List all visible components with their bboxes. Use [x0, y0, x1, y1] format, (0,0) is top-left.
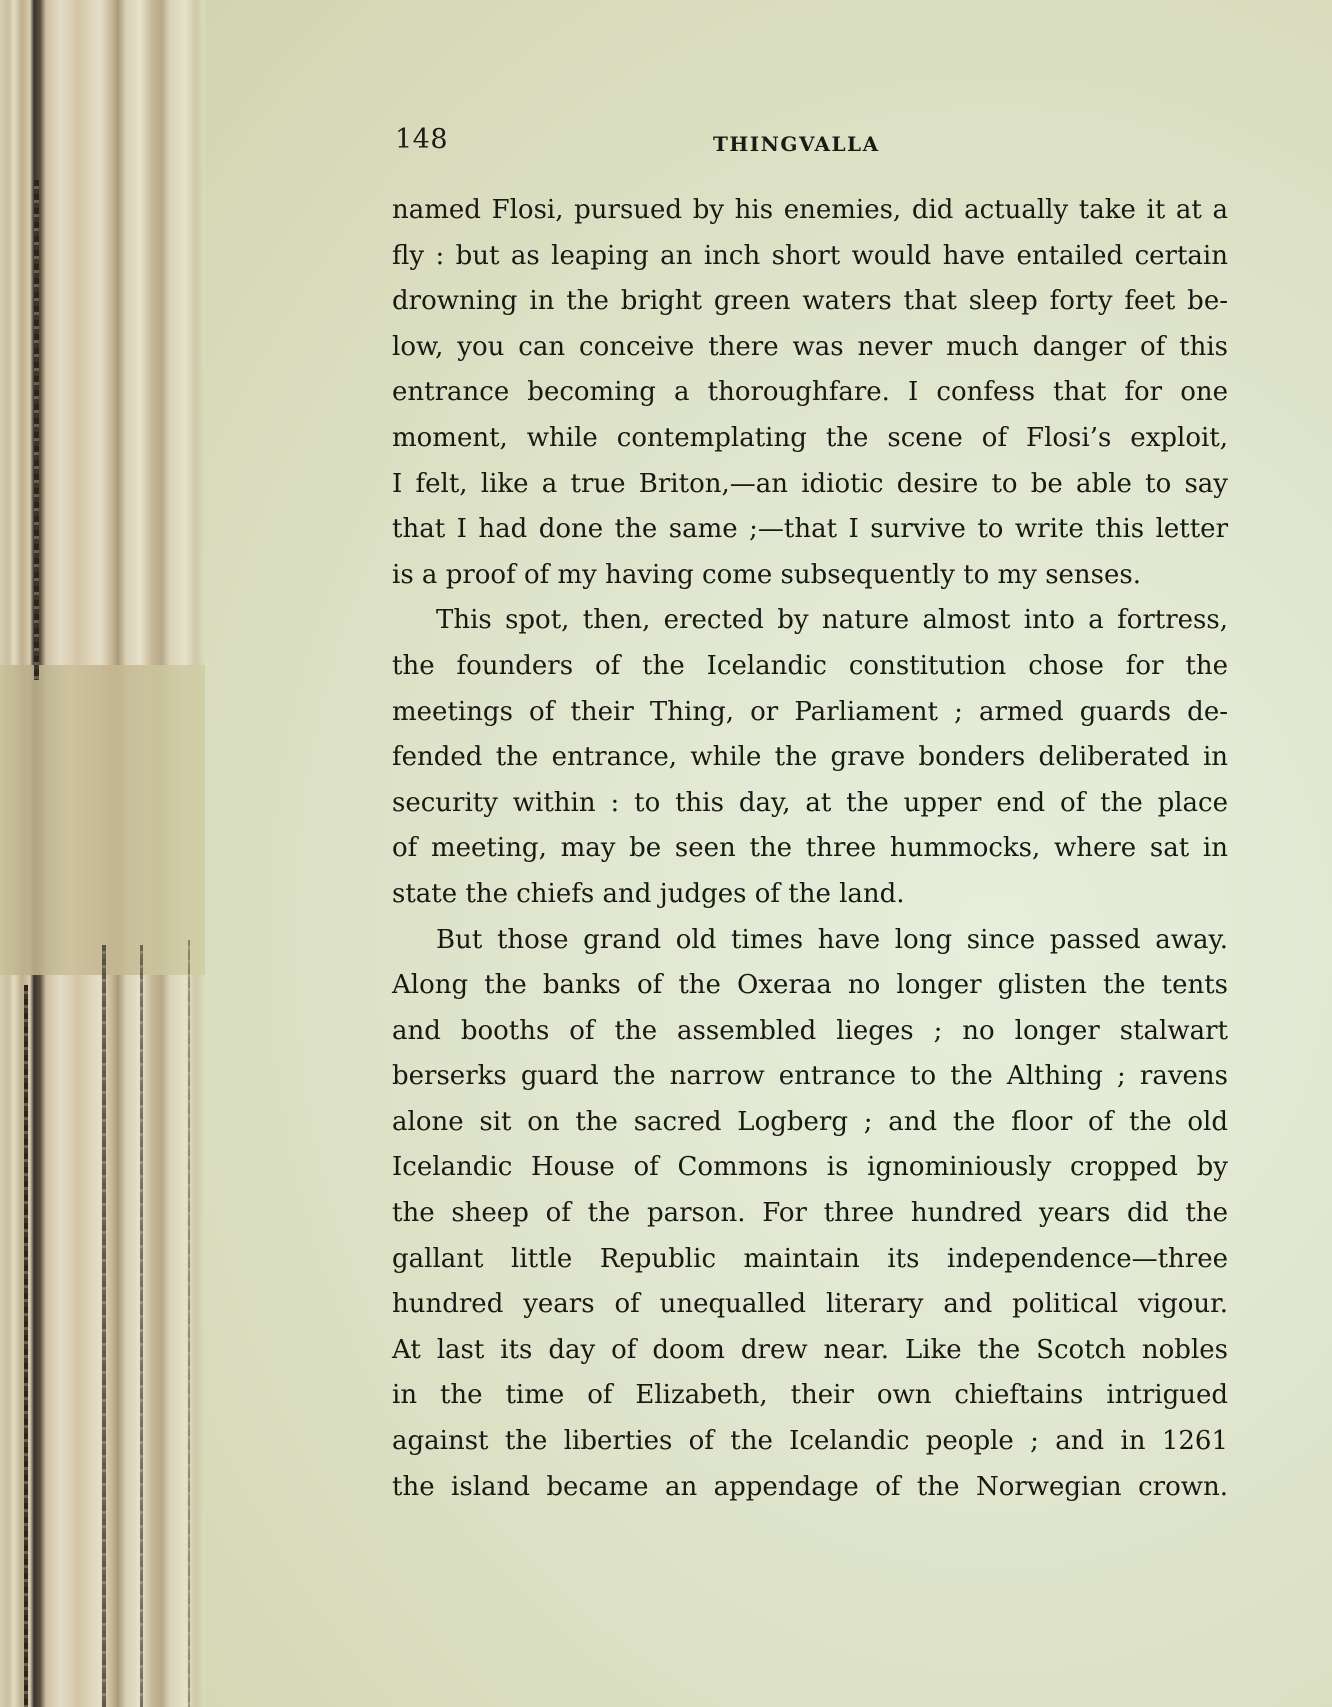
text-line: drowning in the bright green waters that… [392, 279, 1228, 325]
text-line: entrance becoming a thoroughfare. I conf… [392, 370, 1228, 416]
text-line: against the liberties of the Icelandic p… [392, 1419, 1228, 1465]
text-line: security within : to this day, at the up… [392, 781, 1228, 827]
text-line: hundred years of unequalled literary and… [392, 1282, 1228, 1328]
page-edge-dark-line [102, 945, 106, 1707]
text-line: the island became an appendage of the No… [392, 1465, 1228, 1511]
page-edge-shadow-band [0, 665, 205, 975]
text-line: named Flosi, pursued by his enemies, did… [392, 188, 1228, 234]
text-line: in the time of Elizabeth, their own chie… [392, 1373, 1228, 1419]
text-line: that I had done the same ;—that I surviv… [392, 507, 1228, 553]
text-line: Along the banks of the Oxeraa no longer … [392, 963, 1228, 1009]
text-line: alone sit on the sacred Logberg ; and th… [392, 1100, 1228, 1146]
text-line: moment, while contemplating the scene of… [392, 416, 1228, 462]
paragraph-start-line: This spot, then, erected by nature almos… [392, 598, 1228, 644]
page-edge-dark-line [140, 945, 143, 1707]
text-line: At last its day of doom drew near. Like … [392, 1328, 1228, 1374]
book-page-edges [0, 0, 205, 1707]
page-edge-dark-line [188, 940, 190, 1707]
text-line: meetings of their Thing, or Parliament ;… [392, 690, 1228, 736]
text-line: and booths of the assembled lieges ; no … [392, 1009, 1228, 1055]
text-line: low, you can conceive there was never mu… [392, 325, 1228, 371]
text-line: Icelandic House of Commons is ignominiou… [392, 1145, 1228, 1191]
body-text: named Flosi, pursued by his enemies, did… [392, 188, 1228, 1510]
text-line: the sheep of the parson. For three hundr… [392, 1191, 1228, 1237]
text-line: fly : but as leaping an inch short would… [392, 234, 1228, 280]
text-line: of meeting, may be seen the three hummoc… [392, 826, 1228, 872]
paragraph-start-line: But those grand old times have long sinc… [392, 918, 1228, 964]
text-line: fended the entrance, while the grave bon… [392, 735, 1228, 781]
text-line: berserks guard the narrow entrance to th… [392, 1054, 1228, 1100]
text-line: is a proof of my having come subsequentl… [392, 553, 1228, 599]
text-line: state the chiefs and judges of the land. [392, 872, 1228, 918]
running-head: 148 THINGVALLA [395, 124, 1225, 164]
text-line: the founders of the Icelandic constituti… [392, 644, 1228, 690]
text-line: gallant little Republic maintain its ind… [392, 1237, 1228, 1283]
page-edge-dark-line [24, 985, 28, 1707]
page-edge-dark-line [34, 180, 39, 680]
text-line: I felt, like a true Briton,—an idiotic d… [392, 462, 1228, 508]
page-number: 148 [395, 124, 448, 155]
running-title: THINGVALLA [713, 132, 880, 156]
